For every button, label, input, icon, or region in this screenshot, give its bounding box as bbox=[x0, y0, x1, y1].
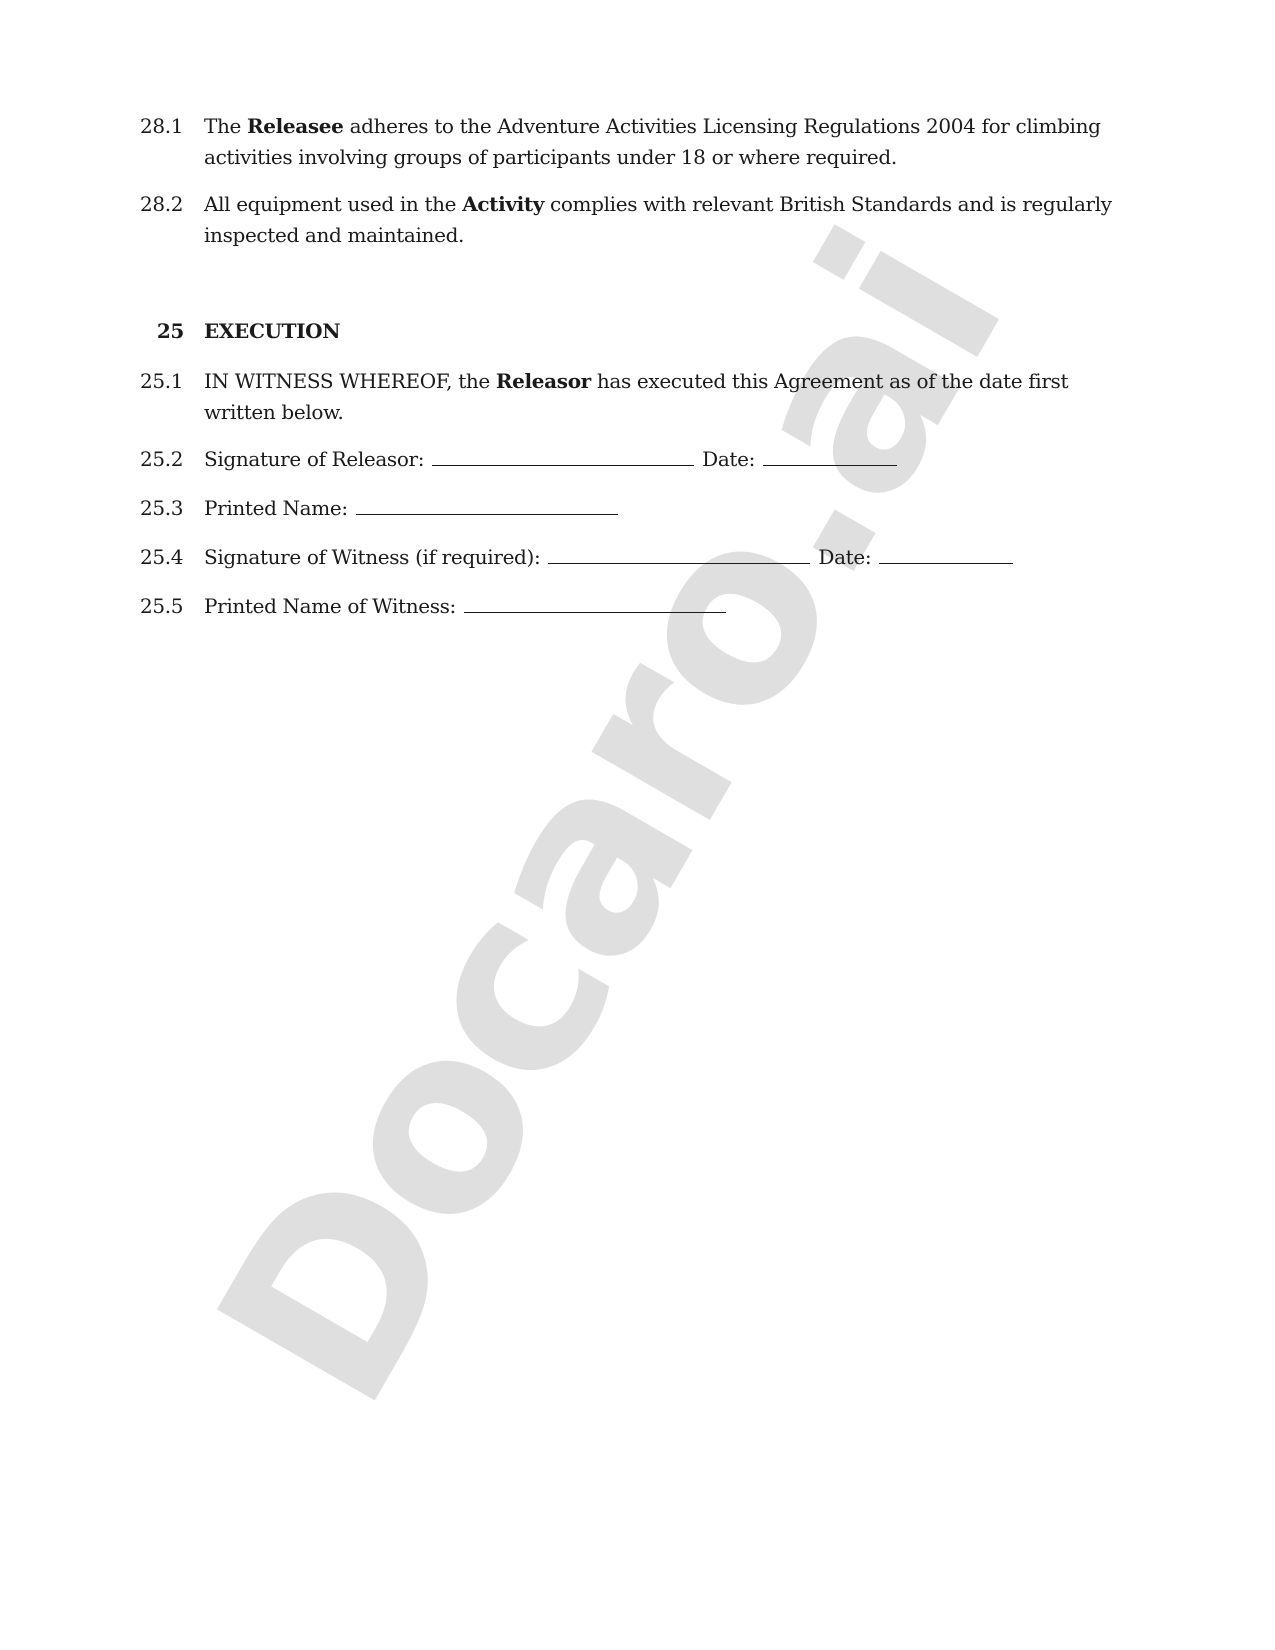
clause-text: IN WITNESS WHEREOF, the Releasor has exe… bbox=[204, 366, 1130, 428]
clause-text: Signature of Releasor: Date: bbox=[204, 444, 1130, 475]
section-title: EXECUTION bbox=[204, 316, 1130, 347]
clause-number: 25.3 bbox=[140, 493, 200, 524]
releasor-date-field[interactable] bbox=[763, 447, 897, 466]
releasor-printed-name-field[interactable] bbox=[356, 496, 618, 515]
witness-date-field[interactable] bbox=[879, 545, 1013, 564]
clause-text: All equipment used in the Activity compl… bbox=[204, 189, 1130, 251]
witness-printed-name-field[interactable] bbox=[464, 594, 726, 613]
clause-text: Printed Name of Witness: bbox=[204, 591, 1130, 622]
document-page: Docaro.ai 28.1 The Releasee adheres to t… bbox=[0, 0, 1275, 1650]
clause-number: 28.2 bbox=[140, 189, 200, 220]
defined-term: Activity bbox=[462, 192, 544, 216]
section-number: 25 bbox=[140, 316, 184, 347]
clause-number: 25.5 bbox=[140, 591, 200, 622]
clause-text: Signature of Witness (if required): Date… bbox=[204, 542, 1130, 573]
clause-text: Printed Name: bbox=[204, 493, 1130, 524]
clause-text: The Releasee adheres to the Adventure Ac… bbox=[204, 111, 1130, 173]
clause-number: 28.1 bbox=[140, 111, 200, 142]
releasor-signature-field[interactable] bbox=[432, 447, 694, 466]
defined-term: Releasor bbox=[496, 369, 591, 393]
witness-signature-field[interactable] bbox=[548, 545, 810, 564]
clause-number: 25.4 bbox=[140, 542, 200, 573]
clause-number: 25.1 bbox=[140, 366, 200, 397]
clause-number: 25.2 bbox=[140, 444, 200, 475]
defined-term: Releasee bbox=[247, 114, 344, 138]
